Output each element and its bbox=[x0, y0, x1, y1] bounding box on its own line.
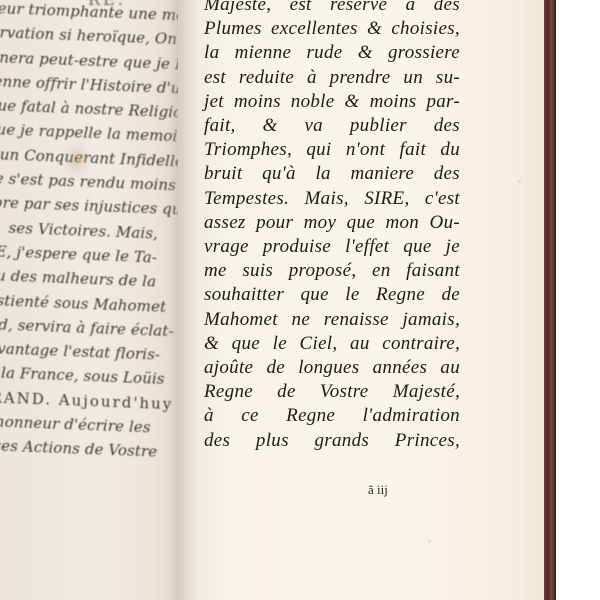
text-line: Triomphes, qui n'ont fait du bbox=[204, 138, 460, 162]
text-line: Majesté, est reservé à des bbox=[204, 0, 460, 17]
text-line: Mahomet ne renaisse jamais, bbox=[204, 308, 460, 332]
left-page: RE. teur triomphante une mo- ervation si… bbox=[0, 0, 178, 600]
book-gutter bbox=[168, 0, 198, 600]
text-line: est reduite à prendre un su- bbox=[204, 66, 460, 90]
text-line: me suis proposé, en faisant bbox=[204, 259, 460, 283]
left-page-text: teur triomphante une mo- ervation si her… bbox=[0, 0, 167, 464]
text-line: bruit qu'à la maniere des bbox=[204, 162, 460, 186]
text-line: vrage produise l'effet que je bbox=[204, 235, 460, 259]
text-line: Tempestes. Mais, SIRE, c'est bbox=[204, 187, 460, 211]
foxing-spot bbox=[428, 540, 431, 543]
text-line: fait, & va publier des bbox=[204, 114, 460, 138]
text-line: & que le Ciel, au contraire, bbox=[204, 332, 460, 356]
text-line: des plus grands Princes, bbox=[204, 429, 460, 453]
binding-edge bbox=[544, 0, 556, 600]
text-line: souhaitter que le Regne de bbox=[204, 283, 460, 307]
foxing-spot bbox=[518, 180, 521, 183]
foxing-spot bbox=[308, 300, 311, 303]
text-line: assez pour moy que mon Ou- bbox=[204, 211, 460, 235]
text-line: Regne de Vostre Majesté, bbox=[204, 380, 460, 404]
text-line: Plumes excellentes & choisies, bbox=[204, 17, 460, 41]
signature-mark: ã iij bbox=[368, 482, 388, 498]
paper-stain bbox=[62, 140, 92, 180]
background bbox=[556, 0, 600, 600]
text-line: ajoûte de longues années au bbox=[204, 356, 460, 380]
right-page: Majesté, est reservé à des Plumes excell… bbox=[178, 0, 546, 600]
text-line: la mienne rude & grossiere bbox=[204, 41, 460, 65]
text-line: à ce Regne l'admiration bbox=[204, 404, 460, 428]
text-line: jet moins noble & moins par- bbox=[204, 90, 460, 114]
open-book: RE. teur triomphante une mo- ervation si… bbox=[0, 0, 600, 600]
right-page-text: Majesté, est reservé à des Plumes excell… bbox=[204, 0, 460, 453]
